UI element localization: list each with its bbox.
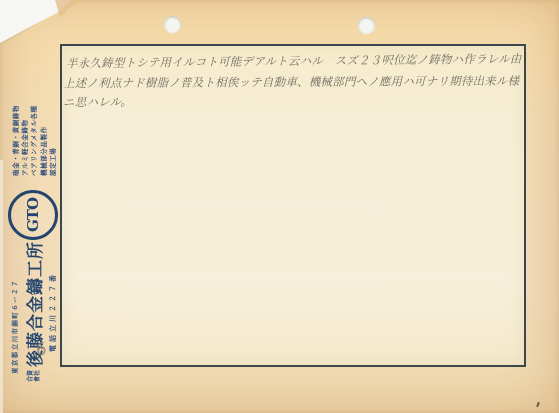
company-prefix-bottom: 會社 (34, 369, 41, 382)
ruled-frame (60, 44, 526, 367)
scanned-document-page: 半永久鋳型トシテ用イルコト可能デアルト云ハル スズ２３呎位迄ノ鋳物ハ作ラレル由 … (0, 0, 559, 413)
company-prefix-top: 合資 (27, 369, 34, 382)
punch-hole-left (164, 16, 181, 33)
products-line: 機械部分品製作 (40, 62, 49, 176)
products-line: ベアリングメタル各種 (30, 62, 39, 176)
products-line: 砲金・青銅・黄銅鋳物 (12, 62, 21, 176)
company-phone: 電話立川２２７番 (48, 234, 58, 352)
company-prefix: 合資 會社 (27, 369, 41, 382)
handwriting-line-2: 上述ノ利点ナド樹脂ノ普及ト相俟ッテ自動車、機械部門ヘノ應用ハ可ナリ期待出来ル様 (63, 73, 519, 91)
gto-logo-text: GTO (24, 198, 42, 232)
company-address: 東京都立川市錦町６ー２７ (10, 234, 19, 374)
products-line: 認定工場 (49, 62, 58, 176)
punch-hole-right (358, 17, 375, 34)
paper-left-edge (0, 160, 3, 413)
company-letterhead-block: 東京都立川市錦町６ー２７ 合資 會社 後藤合金鑄工所 電話立川２２７番 (10, 234, 62, 382)
handwriting-line-3: ニ思ハレル。 (63, 94, 132, 111)
letterhead-products-list: 砲金・青銅・黄銅鋳物 アルミ軽合金鋳物 ベアリングメタル各種 機械部分品製作 認… (12, 62, 60, 176)
gto-logo-icon: GTO (8, 190, 58, 240)
